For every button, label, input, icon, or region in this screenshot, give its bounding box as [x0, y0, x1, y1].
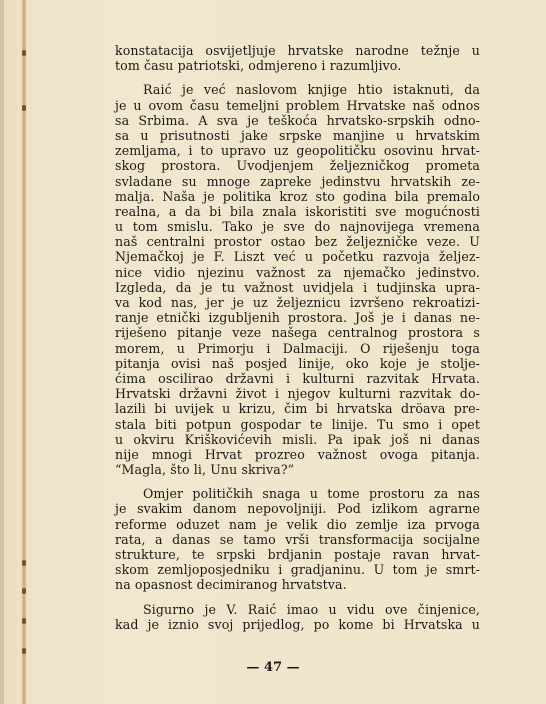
text-line: malja. Naša je politika kroz sto godina … — [115, 189, 480, 204]
stitch-mark — [22, 560, 26, 566]
text-line: sa Srbima. A sva je teškoća hrvatsko-srp… — [115, 113, 480, 128]
text-line: strukture, te srpski brdjanin postaje ra… — [115, 547, 480, 562]
text-line: morem, u Primorju i Dalmaciji. O riješen… — [115, 341, 480, 356]
text-line: nije mnogi Hrvat prozreo važnost ovoga p… — [115, 447, 480, 462]
text-line: va kod nas, jer je uz željeznicu izvršen… — [115, 295, 480, 310]
text-line: Omjer političkih snaga u tome prostoru z… — [115, 486, 480, 501]
stitch-mark — [22, 648, 26, 654]
text-line: u tom smislu. Tako je sve do najnovijega… — [115, 219, 480, 234]
text-line: skog prostora. Uvodjenjem željezničkog p… — [115, 158, 480, 173]
stitch-mark — [22, 588, 26, 594]
text-line: u okviru Kriškovićevih misli. Pa ipak jo… — [115, 432, 480, 447]
text-line: nice vidio njezinu važnost za njemačko j… — [115, 265, 480, 280]
text-line: riješeno pitanje veze našega centralnog … — [115, 325, 480, 340]
page-edge — [0, 0, 4, 704]
text-line: reforme oduzet nam je velik dio zemlje i… — [115, 517, 480, 532]
text-line: sa u prisutnosti jake srpske manjine u h… — [115, 128, 480, 143]
text-line: naš centralni prostor ostao bez željezni… — [115, 234, 480, 249]
text-line: Njemačkoj je F. Liszt već u početku razv… — [115, 249, 480, 264]
text-line: “Magla, što li, Unu skriva?” — [115, 462, 480, 477]
text-line: kad je iznio svoj prijedlog, po kome bi … — [115, 617, 480, 632]
text-line: lazili bi uvijek u krizu, čim bi hrvatsk… — [115, 401, 480, 416]
paragraph: Sigurno je V. Raić imao u vidu ove činje… — [115, 602, 480, 632]
text-line: ranje etnički izgubljenih prostora. Još … — [115, 310, 480, 325]
body-text: konstatacija osvijetljuje hrvatske narod… — [115, 43, 480, 632]
paragraph: konstatacija osvijetljuje hrvatske narod… — [115, 43, 480, 73]
text-line: realna, a da bi bila znala iskoristiti s… — [115, 204, 480, 219]
paragraph: Raić je već naslovom knjige htio istaknu… — [115, 82, 480, 477]
page-number: — 47 — — [0, 660, 546, 675]
text-line: pitanja ovisi naš posjed linije, oko koj… — [115, 356, 480, 371]
text-line: Hrvatski državni život i njegov kulturni… — [115, 386, 480, 401]
text-line: Raić je već naslovom knjige htio istaknu… — [115, 82, 480, 97]
text-line: rata, a danas se tamo vrši transformacij… — [115, 532, 480, 547]
text-line: konstatacija osvijetljuje hrvatske narod… — [115, 43, 480, 58]
text-line: stala biti potpun gospodar te linije. Tu… — [115, 417, 480, 432]
text-line: je svakim danom nepovoljniji. Pod izliko… — [115, 501, 480, 516]
text-line: Izgleda, da je tu važnost uvidjela i tud… — [115, 280, 480, 295]
text-line: svladane su mnoge zapreke jedinstvu hrva… — [115, 174, 480, 189]
text-line: je u ovom času temeljni problem Hrvatske… — [115, 98, 480, 113]
stitch-mark — [22, 50, 26, 56]
text-line: zemljama, i to upravo uz geopolitičku os… — [115, 143, 480, 158]
text-line: na opasnost decimiranog hrvatstva. — [115, 577, 480, 592]
paragraph: Omjer političkih snaga u tome prostoru z… — [115, 486, 480, 592]
text-line: skom zemljoposjedniku i gradjaninu. U to… — [115, 562, 480, 577]
scanned-page: konstatacija osvijetljuje hrvatske narod… — [0, 0, 546, 704]
text-line: tom času patriotski, odmjereno i razumlj… — [115, 58, 480, 73]
text-line: ćima oscilirao državni i kulturni razvit… — [115, 371, 480, 386]
stitch-mark — [22, 105, 26, 111]
text-line: Sigurno je V. Raić imao u vidu ove činje… — [115, 602, 480, 617]
stitch-mark — [22, 618, 26, 624]
